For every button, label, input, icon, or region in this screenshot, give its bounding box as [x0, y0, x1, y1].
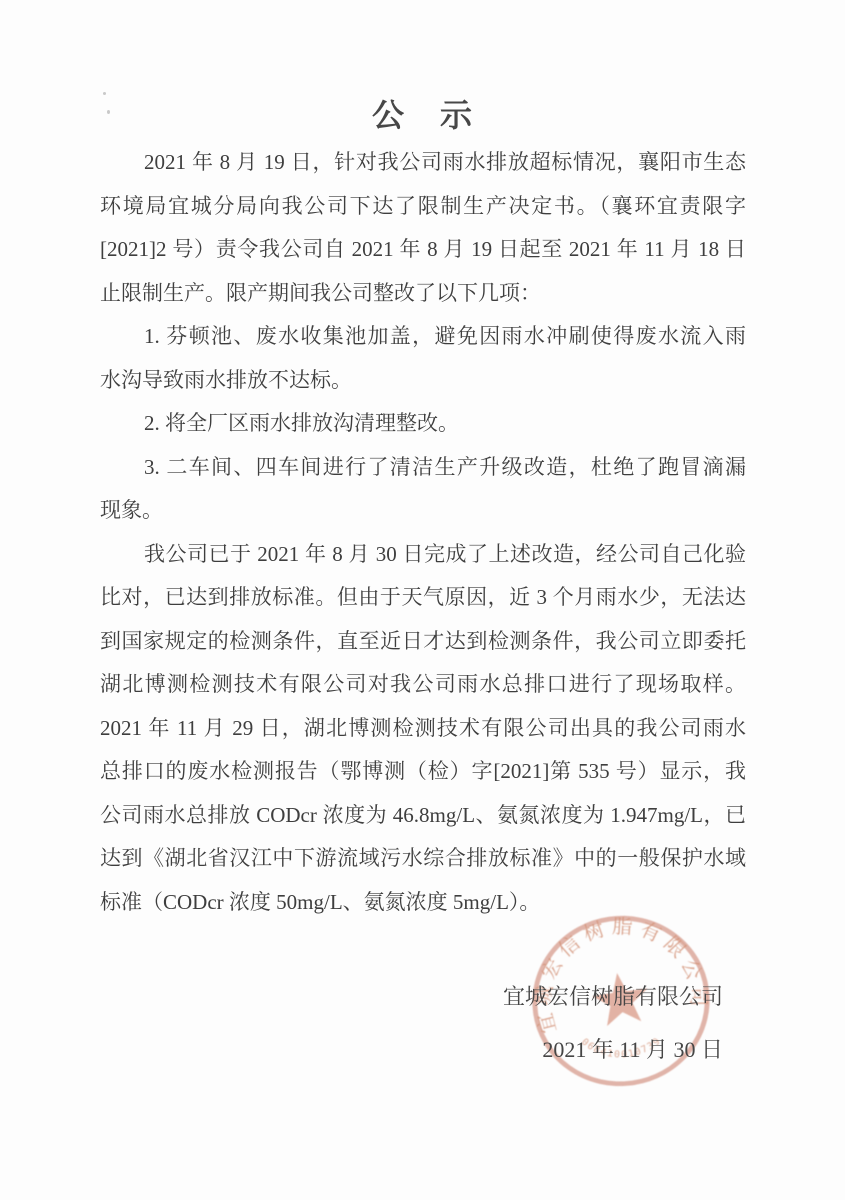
body-line: 湖北博测检测技术有限公司对我公司雨水总排口进行了现场取样。 — [100, 663, 746, 707]
body-line: 2. 将全厂区雨水排放沟清理整改。 — [100, 402, 746, 446]
body-line: 到国家规定的检测条件，直至近日才达到检测条件，我公司立即委托 — [100, 620, 746, 664]
scan-speck — [107, 110, 110, 114]
body-line: 2021 年 11 月 29 日，湖北博测检测技术有限公司出具的我公司雨水 — [100, 707, 746, 751]
signature-date: 2021 年 11 月 30 日 — [503, 1037, 723, 1063]
body-line: 比对，已达到排放标准。但由于天气原因，近 3 个月雨水少，无法达 — [100, 576, 746, 620]
signature-block: 宜城宏信树脂有限公司 2021 年 11 月 30 日 — [503, 984, 723, 1063]
body-line: 环境局宜城分局向我公司下达了限制生产决定书。（襄环宜责限字 — [100, 185, 746, 229]
body-line: 现象。 — [100, 489, 746, 533]
body-line: [2021]2 号）责令我公司自 2021 年 8 月 19 日起至 2021 … — [100, 228, 746, 272]
body-line: 我公司已于 2021 年 8 月 30 日完成了上述改造，经公司自己化验 — [100, 533, 746, 577]
body-line: 总排口的废水检测报告（鄂博测（检）字[2021]第 535 号）显示，我 — [100, 750, 746, 794]
document-page: 公 示 2021 年 8 月 19 日，针对我公司雨水排放超标情况，襄阳市生态环… — [0, 0, 845, 1200]
body-line: 止限制生产。限产期间我公司整改了以下几项： — [100, 272, 746, 316]
body-line: 达到《湖北省汉江中下游流域污水综合排放标准》中的一般保护水域 — [100, 837, 746, 881]
body-line: 标准（CODcr 浓度 50mg/L、氨氮浓度 5mg/L）。 — [100, 881, 746, 925]
body-line: 1. 芬顿池、废水收集池加盖，避免因雨水冲刷使得废水流入雨 — [100, 315, 746, 359]
document-body: 2021 年 8 月 19 日，针对我公司雨水排放超标情况，襄阳市生态环境局宜城… — [100, 141, 746, 924]
body-line: 2021 年 8 月 19 日，针对我公司雨水排放超标情况，襄阳市生态 — [100, 141, 746, 185]
signature-company: 宜城宏信树脂有限公司 — [503, 984, 723, 1010]
scan-speck — [103, 92, 106, 95]
body-line: 公司雨水总排放 CODcr 浓度为 46.8mg/L、氨氮浓度为 1.947mg… — [100, 794, 746, 838]
body-line: 水沟导致雨水排放不达标。 — [100, 359, 746, 403]
body-line: 3. 二车间、四车间进行了清洁生产升级改造，杜绝了跑冒滴漏 — [100, 446, 746, 490]
document-title: 公 示 — [100, 90, 746, 136]
